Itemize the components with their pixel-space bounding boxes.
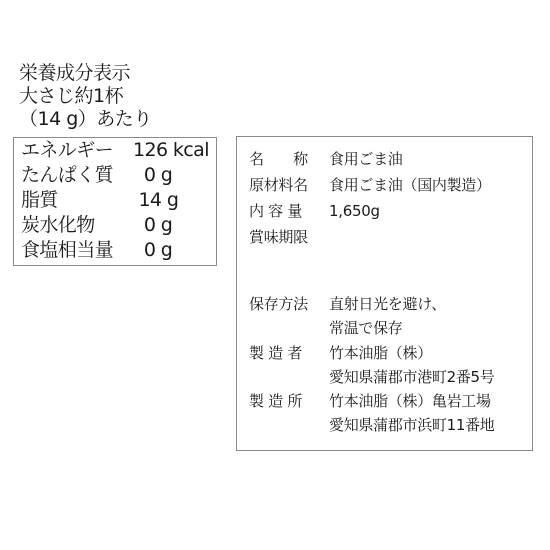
nutrient-value: 0 g <box>133 213 172 238</box>
label-value: 常温で保存 <box>329 318 403 338</box>
label-key: 原材料名 <box>249 175 327 195</box>
label-key: 名 称 <box>249 149 327 169</box>
label-key: 賞味期限 <box>249 227 327 247</box>
heading-line: （14 g）あたり <box>19 108 152 131</box>
nutrient-label: 食塩相当量 <box>21 239 113 261</box>
label-key: 内 容 量 <box>249 201 327 221</box>
product-info-label: 名 称 食用ごま油 原材料名 食用ごま油（国内製造） 内 容 量 1,650g … <box>236 136 533 451</box>
label-value: 愛知県蒲郡市港町2番5号 <box>329 367 495 387</box>
nutrient-value: 14 g <box>133 188 178 213</box>
label-key: 製 造 者 <box>249 343 327 363</box>
label-value: 食用ごま油 <box>329 149 403 169</box>
nutrition-row-carbohydrate: 炭水化物 0 g <box>21 213 95 238</box>
heading-line: 栄養成分表示 <box>19 62 152 85</box>
nutrition-row-energy: エネルギー 126 kcal <box>21 138 113 163</box>
label-row-storage-cont: 常温で保存 <box>249 318 327 338</box>
nutrient-label: 脂質 <box>21 189 58 211</box>
label-row-best-before: 賞味期限 <box>249 227 327 247</box>
label-value: 直射日光を避け、 <box>329 294 446 314</box>
label-value: 1,650g <box>329 201 380 221</box>
label-row-net-content: 内 容 量 1,650g <box>249 201 327 221</box>
label-row-factory: 製 造 所 竹本油脂（株）亀岩工場 <box>249 391 327 411</box>
label-row-ingredients: 原材料名 食用ごま油（国内製造） <box>249 175 327 195</box>
label-row-factory-address: 愛知県蒲郡市浜町11番地 <box>249 415 327 435</box>
nutrient-value: 126 kcal <box>133 138 209 163</box>
nutrient-value: 0 g <box>133 163 172 188</box>
nutrition-row-fat: 脂質 14 g <box>21 188 58 213</box>
nutrient-label: たんぱく質 <box>21 164 113 186</box>
label-key: 製 造 所 <box>249 391 327 411</box>
nutrient-value: 0 g <box>133 238 172 263</box>
nutrient-label: エネルギー <box>21 139 113 161</box>
label-row-manufacturer-address: 愛知県蒲郡市港町2番5号 <box>249 367 327 387</box>
label-value: 食用ごま油（国内製造） <box>329 175 491 195</box>
nutrition-heading: 栄養成分表示 大さじ約1杯 （14 g）あたり <box>19 62 152 131</box>
nutrient-label: 炭水化物 <box>21 214 95 236</box>
label-row-storage: 保存方法 直射日光を避け、 <box>249 294 327 314</box>
label-value: 愛知県蒲郡市浜町11番地 <box>329 415 495 435</box>
label-value: 竹本油脂（株） <box>329 343 432 363</box>
heading-line: 大さじ約1杯 <box>19 85 152 108</box>
label-value: 竹本油脂（株）亀岩工場 <box>329 391 491 411</box>
nutrition-row-salt: 食塩相当量 0 g <box>21 238 113 263</box>
nutrition-facts-table: エネルギー 126 kcal たんぱく質 0 g 脂質 14 g 炭水化物 0 … <box>13 137 217 266</box>
label-row-name: 名 称 食用ごま油 <box>249 149 327 169</box>
label-key: 保存方法 <box>249 294 327 314</box>
nutrition-row-protein: たんぱく質 0 g <box>21 163 113 188</box>
label-row-manufacturer: 製 造 者 竹本油脂（株） <box>249 343 327 363</box>
